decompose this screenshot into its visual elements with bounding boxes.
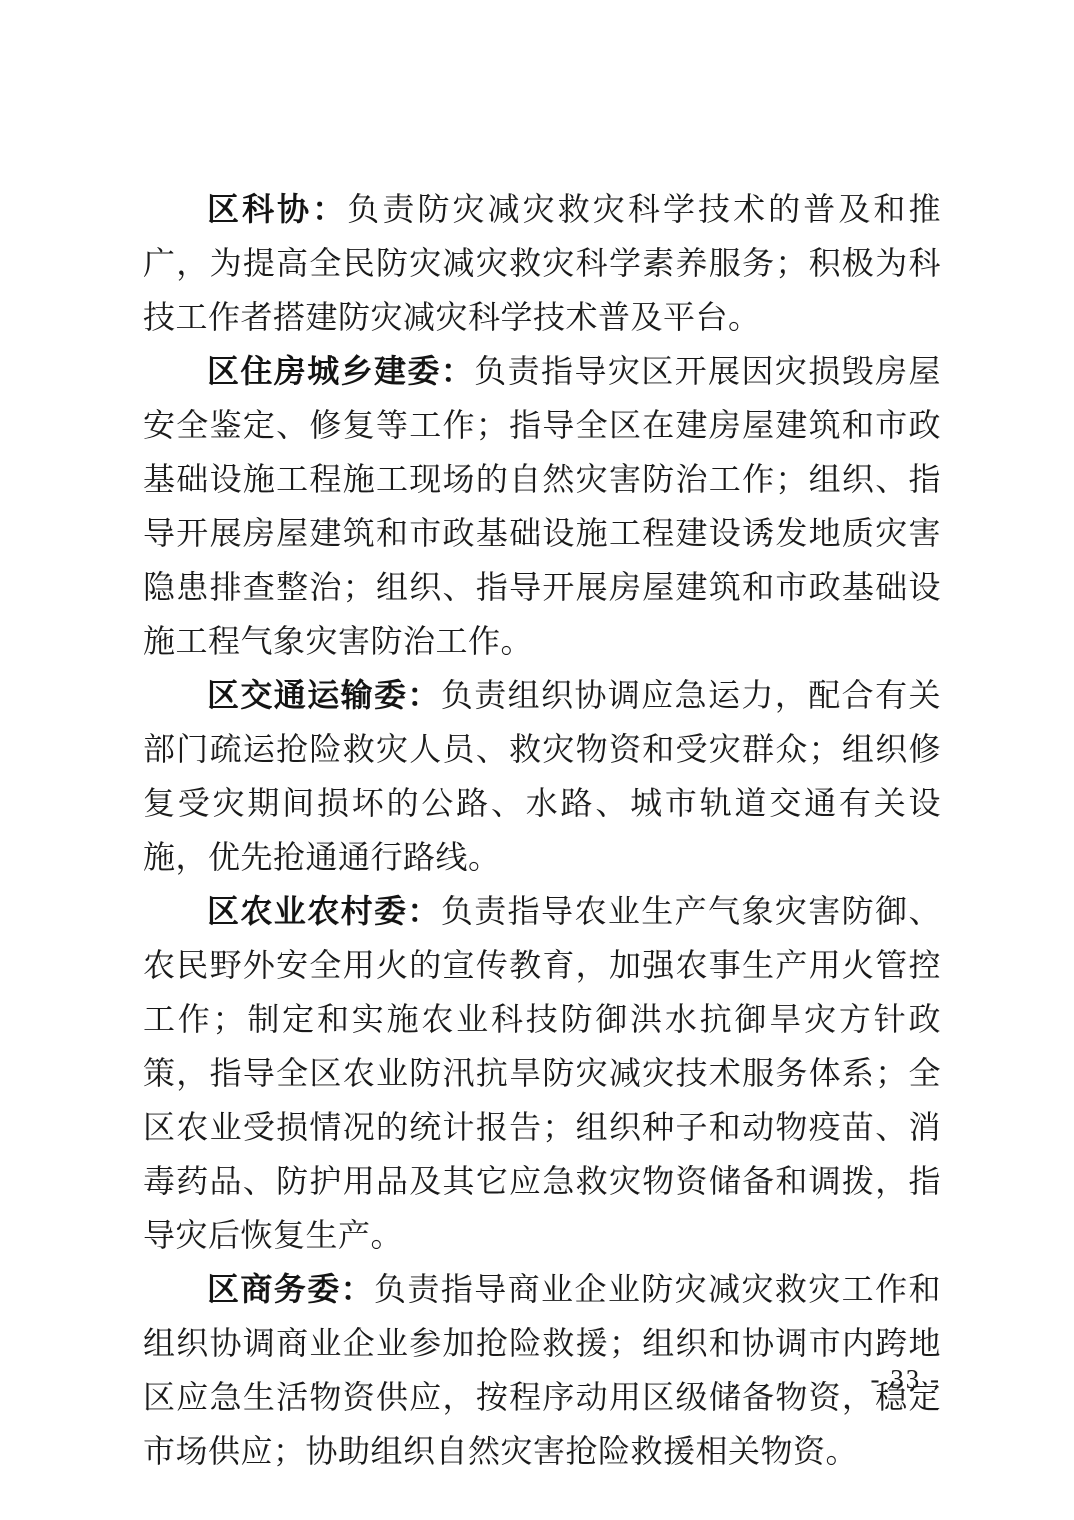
paragraph-zhufang-chengxiang-jianwei: 区住房城乡建委：负责指导灾区开展因灾损毁房屋安全鉴定、修复等工作；指导全区在建房… xyxy=(143,344,941,668)
paragraph-lead: 区农业农村委： xyxy=(207,893,441,929)
paragraph-nongye-nongcun-wei: 区农业农村委：负责指导农业生产气象灾害防御、农民野外安全用火的宣传教育，加强农事… xyxy=(143,884,941,1262)
paragraph-text: 负责指导灾区开展因灾损毁房屋安全鉴定、修复等工作；指导全区在建房屋建筑和市政基础… xyxy=(143,353,941,659)
paragraph-text: 负责指导农业生产气象灾害防御、农民野外安全用火的宣传教育，加强农事生产用火管控工… xyxy=(143,893,941,1253)
paragraph-kexie: 区科协：负责防灾减灾救灾科学技术的普及和推广，为提高全民防灾减灾救灾科学素养服务… xyxy=(143,182,941,344)
paragraph-jiaotong-yunshu-wei: 区交通运输委：负责组织协调应急运力，配合有关部门疏运抢险救灾人员、救灾物资和受灾… xyxy=(143,668,941,884)
document-body: 区科协：负责防灾减灾救灾科学技术的普及和推广，为提高全民防灾减灾救灾科学素养服务… xyxy=(143,182,941,1478)
paragraph-lead: 区科协： xyxy=(207,191,347,227)
paragraph-lead: 区住房城乡建委： xyxy=(207,353,474,389)
document-page: 区科协：负责防灾减灾救灾科学技术的普及和推广，为提高全民防灾减灾救灾科学素养服务… xyxy=(0,0,1074,1520)
paragraph-lead: 区交通运输委： xyxy=(207,677,441,713)
page-number: - 33 - xyxy=(143,1363,941,1395)
paragraph-lead: 区商务委： xyxy=(207,1271,374,1307)
